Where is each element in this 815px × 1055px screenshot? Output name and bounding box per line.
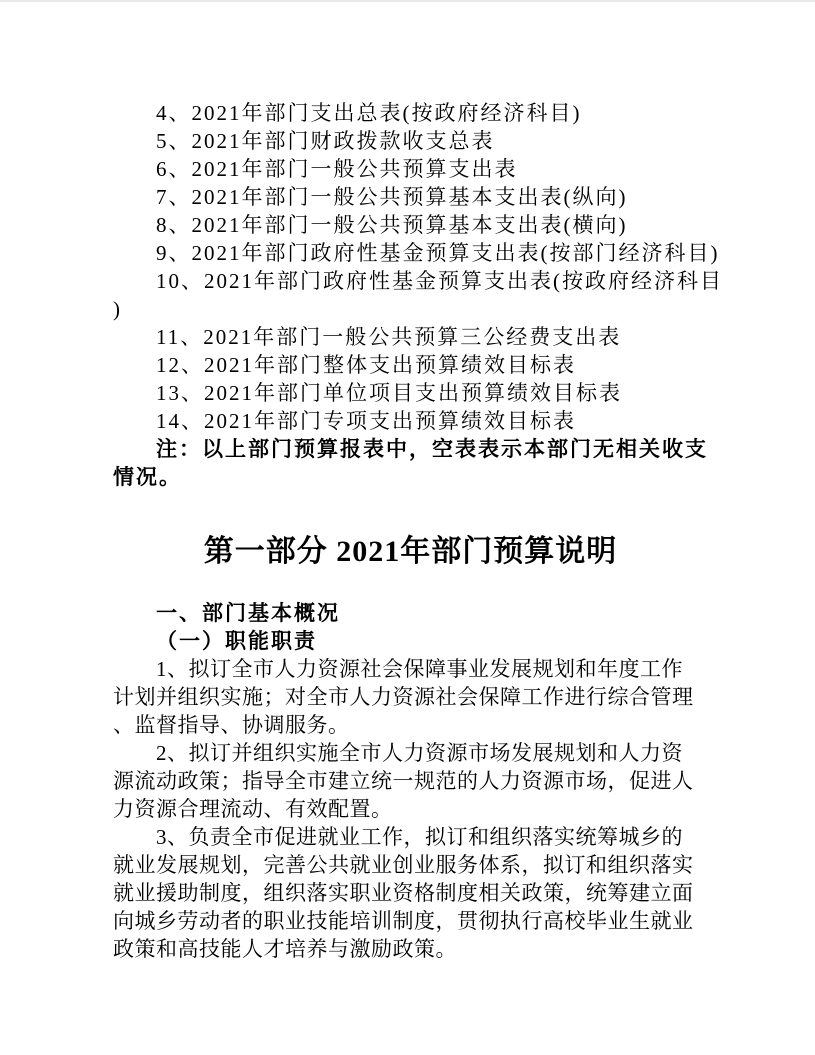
toc-item: 4、2021年部门支出总表(按政府经济科目) xyxy=(113,99,708,127)
toc-item: 13、2021年部门单位项目支出预算绩效目标表 xyxy=(113,379,708,407)
part-heading: 第一部分 2021年部门预算说明 xyxy=(113,532,708,572)
paragraph-list: 1、拟订全市人力资源社会保障事业发展规划和年度工作计划并组织实施；对全市人力资源… xyxy=(113,655,708,963)
document-page: 4、2021年部门支出总表(按政府经济科目)5、2021年部门财政拨款收支总表6… xyxy=(0,0,815,1055)
paragraph: 1、拟订全市人力资源社会保障事业发展规划和年度工作计划并组织实施；对全市人力资源… xyxy=(113,655,708,739)
toc-item: 5、2021年部门财政拨款收支总表 xyxy=(113,127,708,155)
subsection-heading: （一）职能职责 xyxy=(113,627,708,655)
toc-item: 9、2021年部门政府性基金预算支出表(按部门经济科目) xyxy=(113,239,708,267)
toc-item: 14、2021年部门专项支出预算绩效目标表 xyxy=(113,407,708,435)
toc-item: 7、2021年部门一般公共预算基本支出表(纵向) xyxy=(113,183,708,211)
toc-item: 10、2021年部门政府性基金预算支出表(按政府经济科目) xyxy=(113,267,708,323)
toc-item: 12、2021年部门整体支出预算绩效目标表 xyxy=(113,351,708,379)
note: 注：以上部门预算报表中，空表表示本部门无相关收支情况。 xyxy=(113,435,708,491)
section-heading: 一、部门基本概况 xyxy=(113,599,708,627)
toc-list: 4、2021年部门支出总表(按政府经济科目)5、2021年部门财政拨款收支总表6… xyxy=(113,99,708,435)
paragraph: 2、拟订并组织实施全市人力资源市场发展规划和人力资源流动政策；指导全市建立统一规… xyxy=(113,739,708,823)
toc-item: 11、2021年部门一般公共预算三公经费支出表 xyxy=(113,323,708,351)
paragraph: 3、负责全市促进就业工作，拟订和组织落实统筹城乡的就业发展规划，完善公共就业创业… xyxy=(113,823,708,963)
toc-item: 8、2021年部门一般公共预算基本支出表(横向) xyxy=(113,211,708,239)
document-content: 4、2021年部门支出总表(按政府经济科目)5、2021年部门财政拨款收支总表6… xyxy=(113,99,708,963)
toc-item: 6、2021年部门一般公共预算支出表 xyxy=(113,155,708,183)
